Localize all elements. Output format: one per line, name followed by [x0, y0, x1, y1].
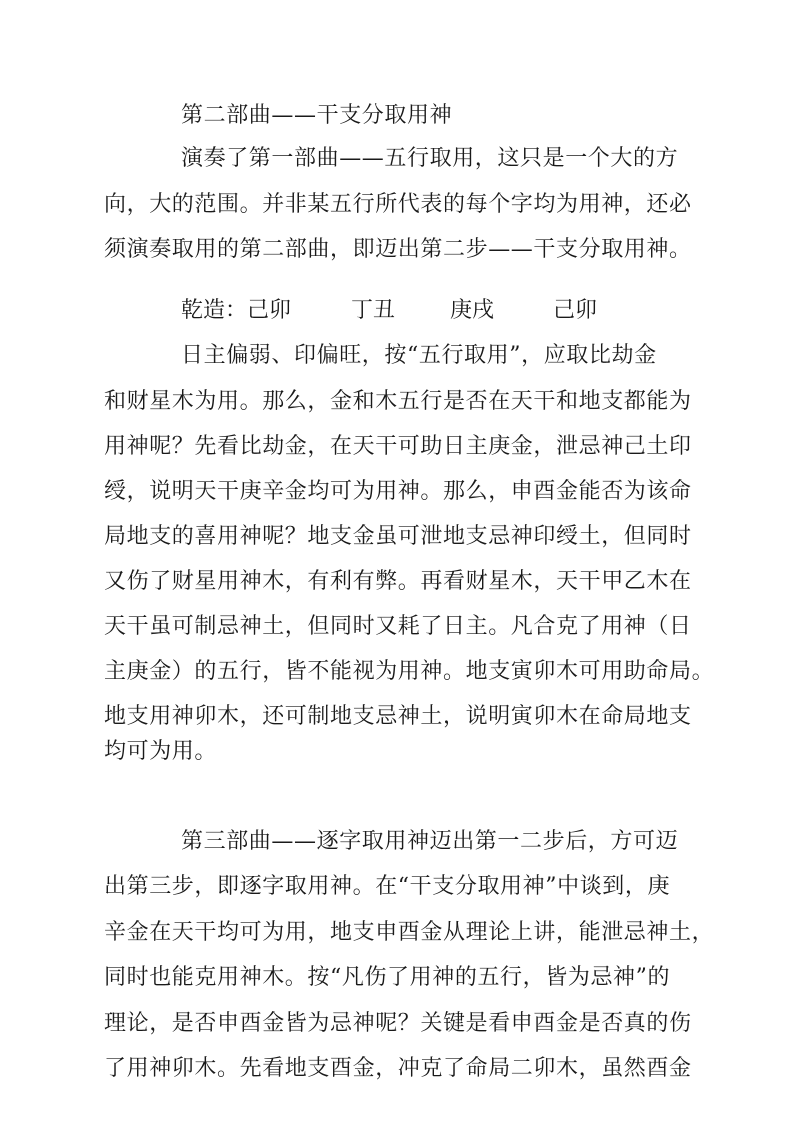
paragraph-line: 和财星木为用。那么，金和木五行是否在天干和地支都能为: [104, 386, 692, 418]
paragraph-line: 主庚金）的五行，皆不能视为用神。地支寅卯木可用助命局。: [104, 656, 714, 688]
month-pillar: 丁丑: [351, 295, 395, 327]
paragraph-line: 绶，说明天干庚辛金均可为用神。那么，申酉金能否为该命: [104, 476, 692, 508]
paragraph-line: 须演奏取用的第二部曲，即迈出第二步——干支分取用神。: [104, 234, 692, 266]
paragraph-line: 日主偏弱、印偏旺，按“五行取用”，应取比劫金: [181, 340, 657, 372]
paragraph-line: 又伤了财星用神木，有利有弊。再看财星木，天干甲乙木在: [104, 566, 692, 598]
paragraph-line: 出第三步，即逐字取用神。在“干支分取用神”中谈到，庚: [104, 871, 670, 903]
year-pillar: 己卯: [247, 295, 291, 327]
paragraph-line: 天干虽可制忌神土，但同时又耗了日主。凡合克了用神（日: [104, 611, 692, 643]
paragraph-line: 向，大的范围。并非某五行所代表的每个字均为用神，还必: [104, 189, 692, 221]
section3-line: 第三部曲——逐字取用神迈出第一二步后，方可迈: [181, 826, 678, 858]
paragraph-line: 了用神卯木。先看地支酉金，冲克了命局二卯木，虽然酉金: [104, 1053, 692, 1085]
hour-pillar: 己卯: [553, 295, 597, 327]
paragraph-line: 理论，是否申酉金皆为忌神呢？关键是看申酉金是否真的伤: [104, 1008, 692, 1040]
paragraph-line: 地支用神卯木，还可制地支忌神土，说明寅卯木在命局地支: [104, 701, 692, 733]
paragraph-line: 均可为用。: [104, 736, 217, 768]
paragraph-line: 局地支的喜用神呢？地支金虽可泄地支忌神印绶土，但同时: [104, 521, 692, 553]
section2-heading: 第二部曲——干支分取用神: [181, 100, 452, 132]
chart-label: 乾造：: [181, 295, 247, 327]
paragraph-line: 演奏了第一部曲——五行取用，这只是一个大的方: [181, 143, 678, 175]
paragraph-line: 同时也能克用神木。按“凡伤了用神的五行，皆为忌神”的: [104, 962, 670, 994]
day-pillar: 庚戌: [450, 295, 494, 327]
paragraph-line: 辛金在天干均可为用，地支申酉金从理论上讲，能泄忌神土，: [104, 917, 714, 949]
paragraph-line: 用神呢？先看比劫金，在天干可助日主庚金，泄忌神己土印: [104, 431, 692, 463]
